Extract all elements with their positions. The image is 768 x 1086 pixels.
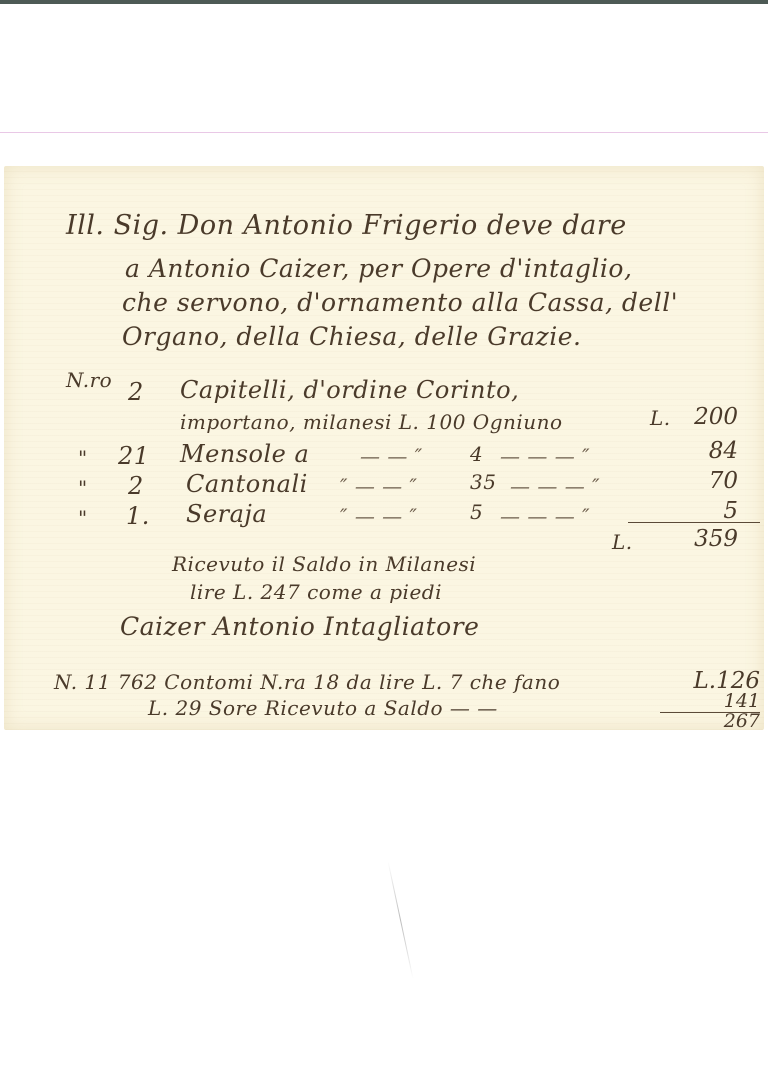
item-description: Cantonali bbox=[186, 470, 308, 498]
scan-top-edge bbox=[0, 0, 768, 4]
heading-line-1: Ill. Sig. Don Antonio Frigerio deve dare bbox=[66, 210, 627, 241]
total-rule bbox=[628, 522, 760, 523]
heading-line-3: che servono, d'ornamento alla Cassa, del… bbox=[122, 288, 678, 317]
ditto-mark: " bbox=[78, 506, 88, 530]
leader-dashes: — — ″ bbox=[360, 444, 423, 468]
item-description: Capitelli, d'ordine Corinto, bbox=[180, 376, 519, 404]
leader-dashes: — — — ″ bbox=[500, 444, 590, 468]
heading-line-2: a Antonio Caizer, per Opere d'intaglio, bbox=[125, 254, 632, 283]
item-amount: 70 bbox=[668, 468, 738, 494]
footer-line-1: N. 11 762 Contomi N.ra 18 da lire L. 7 c… bbox=[54, 670, 560, 694]
item-description: Seraja bbox=[186, 500, 267, 528]
signature: Caizer Antonio Intagliatore bbox=[120, 612, 479, 641]
item-amount: 200 bbox=[668, 404, 738, 430]
item-description: Mensole a bbox=[180, 440, 309, 468]
item-qty: 2 bbox=[128, 378, 144, 406]
scan-guide-line bbox=[0, 132, 768, 133]
item-amount: 5 bbox=[668, 498, 738, 524]
footer-line-2: L. 29 Sore Ricevuto a Saldo — — bbox=[148, 696, 498, 720]
item-qty: 21 bbox=[118, 442, 150, 470]
leader-dashes: ″ — — ″ bbox=[340, 504, 418, 528]
scan-crease-mark bbox=[388, 861, 414, 979]
footer-total: 267 bbox=[690, 710, 760, 732]
ditto-mark: " bbox=[78, 446, 88, 470]
item-qty: 1. bbox=[126, 502, 150, 530]
item-unit-price: 4 bbox=[470, 442, 483, 466]
total-currency: L. bbox=[612, 530, 633, 554]
ditto-mark: " bbox=[78, 476, 88, 500]
total-amount: 359 bbox=[668, 526, 738, 552]
footer-amount-2: 141 bbox=[690, 690, 760, 712]
item-unit-price: 35 bbox=[470, 470, 496, 494]
leader-dashes: ″ — — ″ bbox=[340, 474, 418, 498]
heading-line-4: Organo, della Chiesa, delle Grazie. bbox=[122, 322, 581, 351]
item-detail: importano, milanesi L. 100 Ogniuno bbox=[180, 410, 563, 434]
item-amount: 84 bbox=[668, 438, 738, 464]
items-prefix: N.ro bbox=[66, 368, 112, 392]
receipt-line-1: Ricevuto il Saldo in Milanesi bbox=[172, 552, 476, 576]
leader-dashes: — — — ″ bbox=[500, 504, 590, 528]
receipt-line-2: lire L. 247 come a piedi bbox=[190, 580, 442, 604]
item-unit-price: 5 bbox=[470, 500, 483, 524]
leader-dashes: — — — ″ bbox=[510, 474, 600, 498]
item-qty: 2 bbox=[128, 472, 144, 500]
